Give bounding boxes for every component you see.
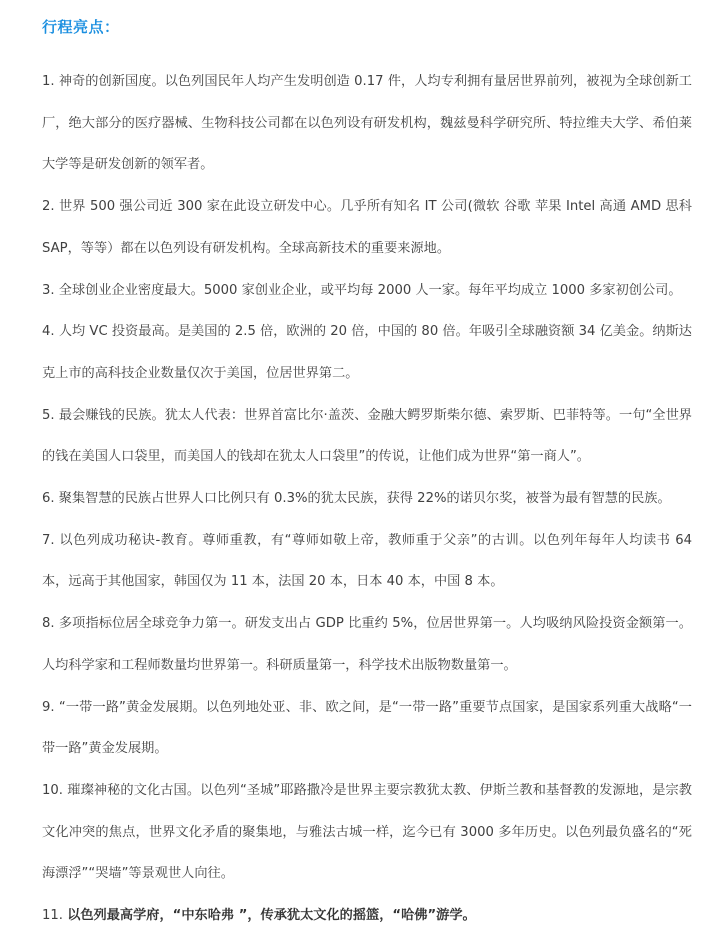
item-number: 5. <box>42 408 55 423</box>
item-text: 人均 VC 投资最高。是美国的 2.5 倍，欧洲的 20 倍，中国的 80 倍。… <box>42 324 692 381</box>
section-title: 行程亮点： <box>42 16 120 37</box>
item-text: 聚集智慧的民族占世界人口比例只有 0.3%的犹太民族，获得 22%的诺贝尔奖，被… <box>59 491 671 506</box>
item-text: 世界 500 强公司近 300 家在此设立研发中心。几乎所有知名 IT 公司(微… <box>42 199 692 256</box>
item-number: 7. <box>42 533 55 548</box>
highlight-item-10: 10. 璀璨神秘的文化古国。以色列“圣城”耶路撒冷是世界主要宗教犹太教、伊斯兰教… <box>42 770 692 895</box>
highlight-item-1: 1. 神奇的创新国度。以色列国民年人均产生发明创造 0.17 件，人均专利拥有量… <box>42 61 692 186</box>
highlight-item-3: 3. 全球创业企业密度最大。5000 家创业企业，或平均每 2000 人一家。每… <box>42 270 692 312</box>
item-number: 10. <box>42 783 63 798</box>
item-number: 4. <box>42 324 55 339</box>
highlight-item-2: 2. 世界 500 强公司近 300 家在此设立研发中心。几乎所有知名 IT 公… <box>42 186 692 269</box>
highlight-item-7: 7. 以色列成功秘诀-教育。尊师重教，有“尊师如敬上帝，教师重于父亲”的古训。以… <box>42 520 692 603</box>
item-number: 2. <box>42 199 55 214</box>
item-number: 6. <box>42 491 55 506</box>
item-number: 9. <box>42 700 55 715</box>
item-text: 神奇的创新国度。以色列国民年人均产生发明创造 0.17 件，人均专利拥有量居世界… <box>42 74 692 172</box>
item-number: 3. <box>42 283 55 298</box>
item-text: “一带一路”黄金发展期。以色列地处亚、非、欧之间，是“一带一路”重要节点国家，是… <box>42 700 692 757</box>
item-number: 11. <box>42 908 63 923</box>
item-text: 全球创业企业密度最大。5000 家创业企业，或平均每 2000 人一家。每年平均… <box>59 283 682 298</box>
item-text: 多项指标位居全球竞争力第一。研发支出占 GDP 比重约 5%，位居世界第一。人均… <box>42 616 692 673</box>
highlight-item-8: 8. 多项指标位居全球竞争力第一。研发支出占 GDP 比重约 5%，位居世界第一… <box>42 603 692 686</box>
item-text: 最会赚钱的民族。犹太人代表：世界首富比尔·盖茨、金融大鳄罗斯柴尔德、索罗斯、巴菲… <box>42 408 692 465</box>
highlight-item-4: 4. 人均 VC 投资最高。是美国的 2.5 倍，欧洲的 20 倍，中国的 80… <box>42 311 692 394</box>
item-text: 以色列成功秘诀-教育。尊师重教，有“尊师如敬上帝，教师重于父亲”的古训。以色列年… <box>42 533 692 590</box>
highlight-item-6: 6. 聚集智慧的民族占世界人口比例只有 0.3%的犹太民族，获得 22%的诺贝尔… <box>42 478 692 520</box>
item-number: 8. <box>42 616 55 631</box>
highlight-item-9: 9. “一带一路”黄金发展期。以色列地处亚、非、欧之间，是“一带一路”重要节点国… <box>42 687 692 770</box>
highlight-item-5: 5. 最会赚钱的民族。犹太人代表：世界首富比尔·盖茨、金融大鳄罗斯柴尔德、索罗斯… <box>42 395 692 478</box>
highlight-item-11: 11. 以色列最高学府，“中东哈弗 ”，传承犹太文化的摇篮，“哈佛”游学。 <box>42 895 692 935</box>
item-text: 璀璨神秘的文化古国。以色列“圣城”耶路撒冷是世界主要宗教犹太教、伊斯兰教和基督教… <box>42 783 692 881</box>
item-number: 1. <box>42 74 55 89</box>
item-text: 以色列最高学府，“中东哈弗 ”，传承犹太文化的摇篮，“哈佛”游学。 <box>67 908 476 923</box>
highlights-list: 1. 神奇的创新国度。以色列国民年人均产生发明创造 0.17 件，人均专利拥有量… <box>42 61 692 935</box>
